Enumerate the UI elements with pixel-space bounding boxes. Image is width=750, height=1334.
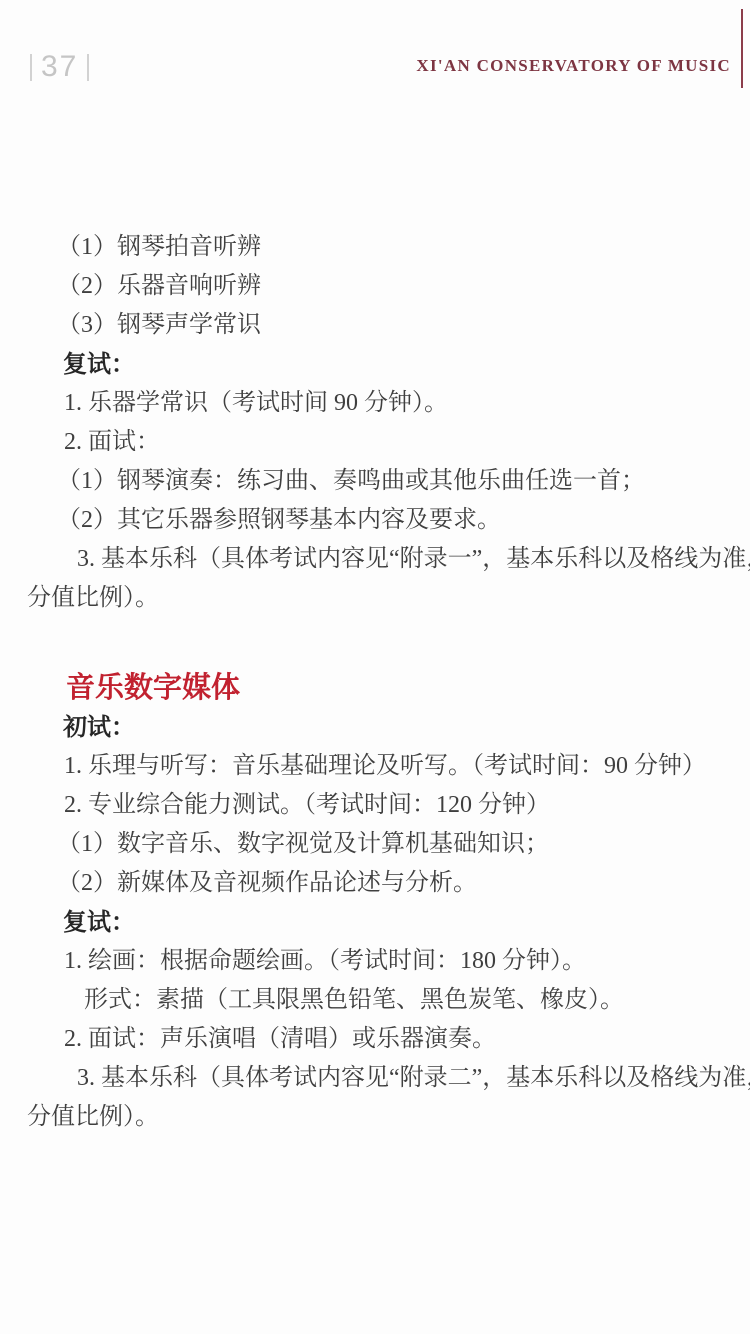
page-number: 37 bbox=[30, 50, 89, 84]
list-item-continuation: 分值比例）。 bbox=[27, 579, 739, 618]
header-vertical-rule bbox=[741, 9, 743, 88]
list-item: （2）乐器音响听辨 bbox=[27, 267, 739, 306]
list-item: （1）数字音乐、数字视觉及计算机基础知识； bbox=[27, 825, 739, 864]
list-item: 1. 乐理与听写：音乐基础理论及听写。（考试时间：90 分钟） bbox=[27, 747, 739, 786]
list-item: 2. 专业综合能力测试。（考试时间：120 分钟） bbox=[27, 786, 739, 825]
section-instrument-exam: （1）钢琴拍音听辨 （2）乐器音响听辨 （3）钢琴声学常识 复试： 1. 乐器学… bbox=[27, 228, 739, 618]
list-item: 2. 面试：声乐演唱（清唱）或乐器演奏。 bbox=[27, 1020, 739, 1059]
list-item: （2）其它乐器参照钢琴基本内容及要求。 bbox=[27, 501, 739, 540]
brochure-page: { "header": { "page_number": "37", "inst… bbox=[0, 0, 750, 1334]
list-item: （1）钢琴演奏：练习曲、奏鸣曲或其他乐曲任选一首； bbox=[27, 462, 739, 501]
retest-label: 复试： bbox=[27, 903, 739, 942]
list-item: （3）钢琴声学常识 bbox=[27, 306, 739, 345]
page-number-right-bar bbox=[87, 54, 89, 81]
list-item: 3. 基本乐科（具体考试内容见“附录二”，基本乐科以及格线为准，不占专业 bbox=[27, 1059, 739, 1098]
section-digital-media: 音乐数字媒体 初试： 1. 乐理与听写：音乐基础理论及听写。（考试时间：90 分… bbox=[27, 668, 739, 1137]
page-number-left-bar bbox=[30, 54, 32, 81]
list-item: （1）钢琴拍音听辨 bbox=[27, 228, 739, 267]
first-test-label: 初试： bbox=[27, 708, 739, 747]
page-number-value: 37 bbox=[41, 50, 78, 84]
list-item: 1. 绘画：根据命题绘画。（考试时间：180 分钟）。 bbox=[27, 942, 739, 981]
list-item: 1. 乐器学常识（考试时间 90 分钟）。 bbox=[27, 384, 739, 423]
list-item-continuation: 分值比例）。 bbox=[27, 1098, 739, 1137]
institution-name: XI'AN CONSERVATORY OF MUSIC bbox=[416, 56, 731, 76]
document-body: （1）钢琴拍音听辨 （2）乐器音响听辨 （3）钢琴声学常识 复试： 1. 乐器学… bbox=[27, 228, 739, 1137]
retest-label: 复试： bbox=[27, 345, 739, 384]
list-item: 形式：素描（工具限黑色铅笔、黑色炭笔、橡皮）。 bbox=[27, 981, 739, 1020]
page-header: 37 XI'AN CONSERVATORY OF MUSIC bbox=[0, 0, 750, 100]
list-item: 3. 基本乐科（具体考试内容见“附录一”，基本乐科以及格线为准，不占专业 bbox=[27, 540, 739, 579]
list-item: （2）新媒体及音视频作品论述与分析。 bbox=[27, 864, 739, 903]
section-title: 音乐数字媒体 bbox=[27, 668, 739, 708]
list-item: 2. 面试： bbox=[27, 423, 739, 462]
